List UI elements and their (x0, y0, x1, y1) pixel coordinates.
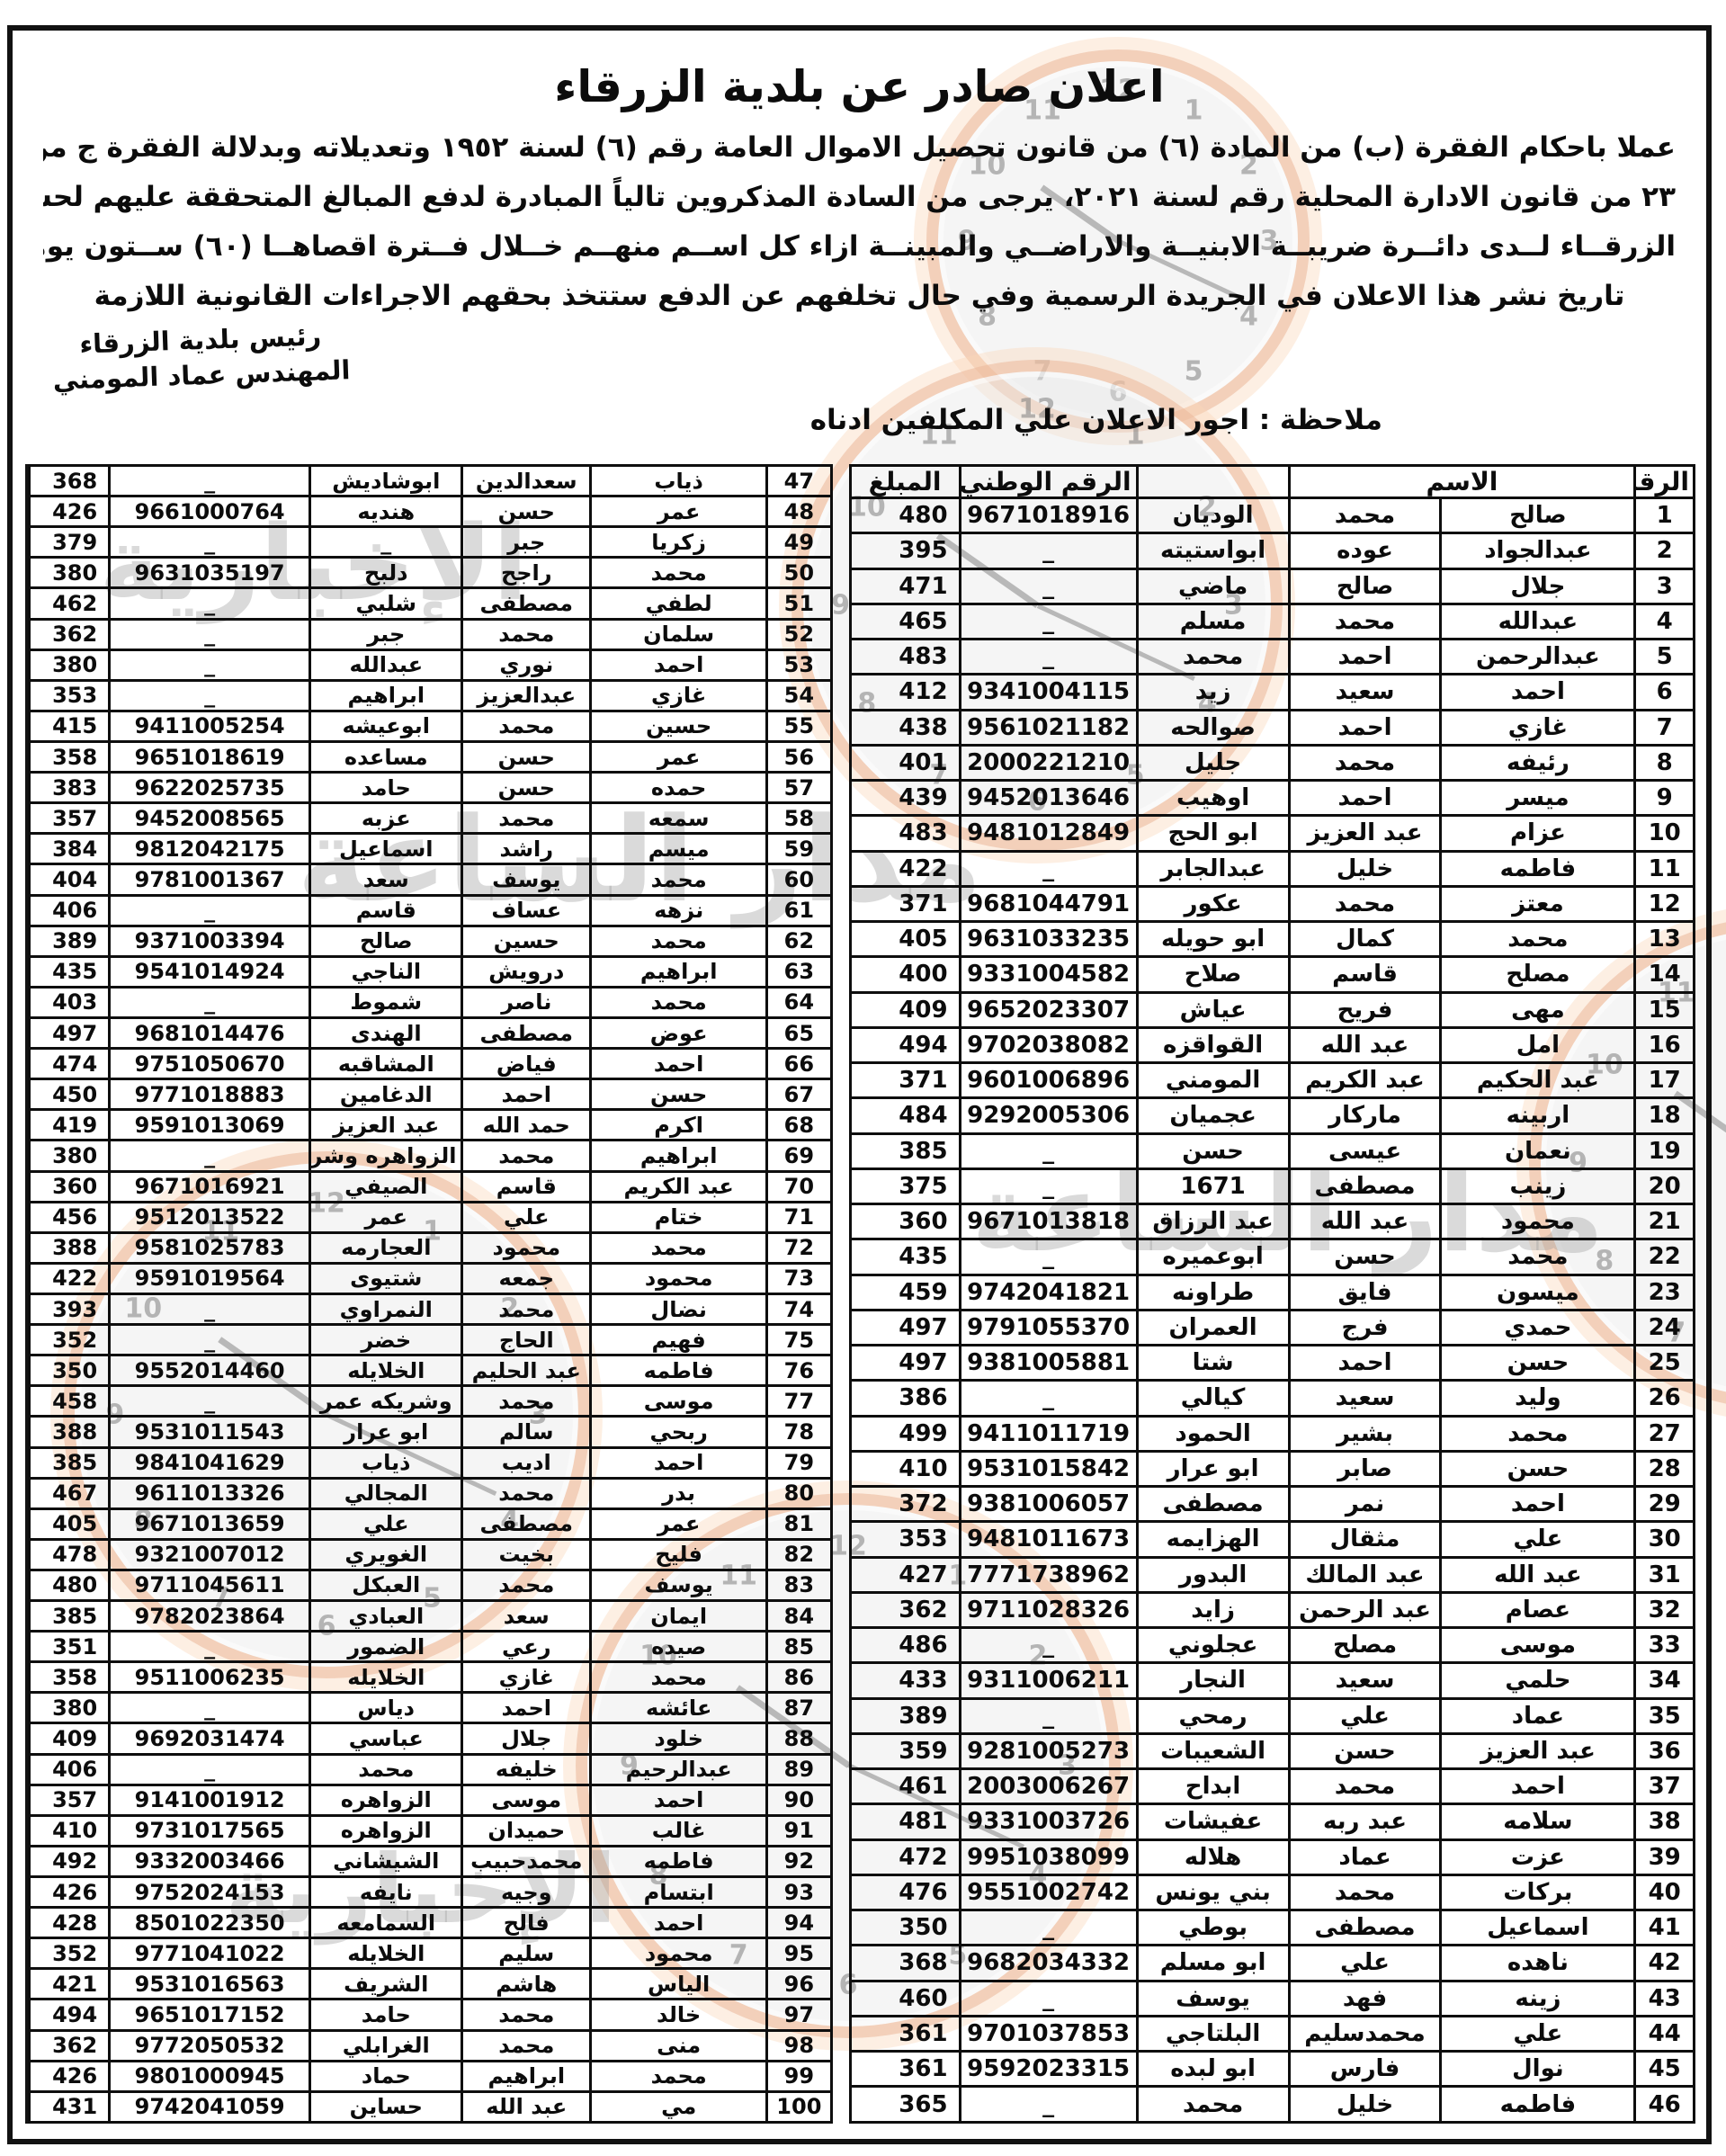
national-id-cell: _ (960, 604, 1137, 639)
amount-cell: 427 (850, 1557, 960, 1592)
family-name-cell: دلبح (310, 558, 462, 588)
amount-cell: 405 (30, 1508, 110, 1539)
left-table-wrap: 47ذيابسعدالدينابوشاديش_36848عمرحسنهنديه9… (25, 464, 833, 2124)
row-number-cell: 16 (1635, 1027, 1695, 1062)
father-name-cell: الحاج (462, 1325, 591, 1355)
family-name-cell: المشاقبه (310, 1049, 462, 1079)
father-name-cell: احمد (1289, 710, 1441, 745)
table-row: 34حلميسعيدالنجار9311006211433 (850, 1663, 1694, 1698)
table-row: 31عبد اللهعبد المالكالبدور7771738962427 (850, 1557, 1694, 1592)
national-id-cell: 9782023864 (110, 1601, 310, 1632)
row-number-cell: 52 (767, 619, 831, 649)
father-name-cell: علي (1289, 1698, 1441, 1733)
father-name-cell: علي (462, 1202, 591, 1232)
national-id-cell: 9711045611 (110, 1570, 310, 1600)
father-name-cell: مصطفى (462, 588, 591, 619)
amount-cell: 359 (850, 1733, 960, 1768)
table-row: 28حسنصابرابو عرار9531015842410 (850, 1451, 1694, 1486)
first-name-cell: حسن (1441, 1346, 1635, 1381)
amount-cell: 483 (850, 640, 960, 675)
first-name-cell: محمود (1441, 1204, 1635, 1239)
family-name-cell: ابو عرار (310, 1417, 462, 1447)
table-row: 35عمادعليرمحي_389 (850, 1698, 1694, 1733)
row-number-cell: 97 (767, 1999, 831, 2030)
father-name-cell: محمد (1289, 1769, 1441, 1804)
father-name-cell: عبد الكريم (1289, 1063, 1441, 1098)
first-name-cell: اسماعيل (1441, 1910, 1635, 1946)
family-name-cell: العبكل (310, 1570, 462, 1600)
row-number-cell: 29 (1635, 1487, 1695, 1522)
row-number-cell: 14 (1635, 957, 1695, 992)
table-row: 93ابتساموجيهنايفه9752024153426 (30, 1877, 832, 1908)
table-row: 86محمدغازيالخلايله9511006235358 (30, 1662, 832, 1693)
first-name-cell: ربحي (591, 1417, 767, 1447)
amount-cell: 476 (850, 1874, 960, 1910)
table-row: 6احمدسعيدزيد9341004115412 (850, 675, 1694, 710)
father-name-cell: عساف (462, 895, 591, 926)
family-name-cell: _ (310, 527, 462, 558)
amount-cell: 456 (30, 1202, 110, 1232)
amount-cell: 361 (850, 2052, 960, 2087)
first-name-cell: ختام (591, 1202, 767, 1232)
first-name-cell: صالح (1441, 498, 1635, 533)
father-name-cell: عبد الله (462, 2091, 591, 2122)
amount-cell: 439 (850, 781, 960, 816)
father-name-cell: سليم (462, 1938, 591, 1969)
family-name-cell: المومني (1137, 1063, 1289, 1098)
table-row: 17عبد الحكيمعبد الكريمالمومني96010068963… (850, 1063, 1694, 1098)
national-id-cell: 9481011673 (960, 1522, 1137, 1557)
table-row: 12معتزمحمدعكور9681044791371 (850, 886, 1694, 921)
table-row: 61نزههعسافقاسم_406 (30, 895, 832, 926)
amount-cell: 481 (850, 1804, 960, 1839)
row-number-cell: 66 (767, 1049, 831, 1079)
national-id-cell: _ (110, 466, 310, 497)
first-name-cell: عبدالله (1441, 604, 1635, 639)
table-row: 15مهىفريحعياش9652023307409 (850, 992, 1694, 1027)
father-name-cell: فالح (462, 1908, 591, 1938)
row-number-cell: 88 (767, 1723, 831, 1754)
father-name-cell: عبد المالك (1289, 1557, 1441, 1592)
first-name-cell: عبد الكريم (591, 1171, 767, 1202)
first-name-cell: محمد (591, 1232, 767, 1263)
family-name-cell: هنديه (310, 497, 462, 527)
father-name-cell: عبد الله (1289, 1204, 1441, 1239)
first-name-cell: سمعه (591, 803, 767, 834)
national-id-header: الرقم الوطني (960, 466, 1137, 498)
national-id-cell: _ (110, 588, 310, 619)
row-number-cell: 2 (1635, 533, 1695, 568)
father-name-cell: قاسم (1289, 957, 1441, 992)
table-row: 81عمرمصطفىعلي9671013659405 (30, 1508, 832, 1539)
father-name-cell: محمد (1289, 1874, 1441, 1910)
national-id-cell: 9551002742 (960, 1874, 1137, 1910)
father-name-cell: ناصر (462, 987, 591, 1017)
father-name-cell: محمود (462, 1232, 591, 1263)
family-name-cell: مصطفى (1137, 1487, 1289, 1522)
amount-cell: 383 (30, 773, 110, 803)
father-name-cell: محمد (462, 803, 591, 834)
first-name-cell: خالد (591, 1999, 767, 2030)
father-name-cell: عبد الحليم (462, 1355, 591, 1386)
amount-cell: 492 (30, 1846, 110, 1876)
row-number-cell: 32 (1635, 1592, 1695, 1627)
row-number-cell: 9 (1635, 781, 1695, 816)
national-id-cell: 9611013326 (110, 1478, 310, 1508)
national-id-cell: 9671013659 (110, 1508, 310, 1539)
first-name-cell: رئيفه (1441, 745, 1635, 780)
right-table: الرقم الاسم الرقم الوطني المبلغ 1صالحمحم… (849, 464, 1695, 2124)
national-id-cell: 9331003726 (960, 1804, 1137, 1839)
row-number-cell: 27 (1635, 1416, 1695, 1451)
row-number-cell: 74 (767, 1293, 831, 1324)
table-row: 89عبدالرحيمخليفهمحمد_406 (30, 1754, 832, 1785)
row-number-cell: 51 (767, 588, 831, 619)
father-name-cell: فرج (1289, 1310, 1441, 1345)
family-name-cell: الدغامين (310, 1079, 462, 1110)
family-name-cell: النمراوي (310, 1293, 462, 1324)
table-row: 38سلامهعبد ربهعفيشات9331003726481 (850, 1804, 1694, 1839)
national-id-cell: 2003006267 (960, 1769, 1137, 1804)
national-id-cell: 9661000764 (110, 497, 310, 527)
table-row: 75فهيمالحاجخضر_352 (30, 1325, 832, 1355)
father-name-cell: خليل (1289, 2087, 1441, 2123)
national-id-cell: 9531015842 (960, 1451, 1137, 1486)
amount-cell: 459 (850, 1275, 960, 1310)
table-row: 46فاطمهخليلمحمد_365 (850, 2087, 1694, 2123)
first-name-cell: عوض (591, 1017, 767, 1048)
amount-cell: 478 (30, 1539, 110, 1570)
family-name-cell: ابوعيشه (310, 711, 462, 741)
first-name-cell: ذياب (591, 466, 767, 497)
first-name-cell: بركات (1441, 1874, 1635, 1910)
national-id-cell: _ (110, 895, 310, 926)
amount-cell: 389 (30, 926, 110, 956)
national-id-cell: 9381005881 (960, 1346, 1137, 1381)
national-id-cell: 9752024153 (110, 1877, 310, 1908)
family-name-cell: الخلايله (310, 1938, 462, 1969)
family-name-cell: صلاح (1137, 957, 1289, 992)
row-number-cell: 81 (767, 1508, 831, 1539)
family-name-cell: يوسف (1137, 1981, 1289, 2016)
row-number-cell: 10 (1635, 816, 1695, 851)
first-name-cell: ميسر (1441, 781, 1635, 816)
row-number-cell: 85 (767, 1632, 831, 1662)
family-name-cell: عمر (310, 1202, 462, 1232)
row-number-cell: 75 (767, 1325, 831, 1355)
father-name-cell: غازي (462, 1662, 591, 1693)
family-name-cell: حامد (310, 1999, 462, 2030)
amount-cell: 380 (30, 649, 110, 680)
national-id-cell: 9581025783 (110, 1232, 310, 1263)
family-name-cell: رمحي (1137, 1698, 1289, 1733)
first-name-cell: ميسون (1441, 1275, 1635, 1310)
amount-cell: 415 (30, 711, 110, 741)
amount-cell: 360 (30, 1171, 110, 1202)
row-number-cell: 76 (767, 1355, 831, 1386)
row-number-cell: 90 (767, 1785, 831, 1815)
father-name-cell: قاسم (462, 1171, 591, 1202)
father-name-cell: وجيه (462, 1877, 591, 1908)
table-row: 45نوالفارسابو لبده9592023315361 (850, 2052, 1694, 2087)
family-name-cell: زيد (1137, 675, 1289, 710)
father-name-cell: احمد (1289, 781, 1441, 816)
national-id-cell: 9601006896 (960, 1063, 1137, 1098)
amount-cell: 419 (30, 1110, 110, 1141)
row-number-cell: 36 (1635, 1733, 1695, 1768)
table-row: 71ختامعليعمر9512013522456 (30, 1202, 832, 1232)
first-name-cell: زينب (1441, 1168, 1635, 1203)
national-id-cell: 9631035197 (110, 558, 310, 588)
signature-block: رئيس بلدية الزرقاء المهندس عماد المومني (51, 318, 351, 398)
table-row: 66احمدفياضالمشاقبه9751050670474 (30, 1049, 832, 1079)
national-id-cell: _ (110, 649, 310, 680)
row-number-cell: 84 (767, 1601, 831, 1632)
first-name-cell: احمد (591, 1785, 767, 1815)
national-id-cell: _ (960, 851, 1137, 886)
family-name-cell: سعد (310, 864, 462, 895)
first-name-cell: محمد (591, 558, 767, 588)
row-number-cell: 96 (767, 1969, 831, 1999)
first-name-cell: عبدالجواد (1441, 533, 1635, 568)
row-number-cell: 12 (1635, 886, 1695, 921)
father-name-cell: حسن (462, 773, 591, 803)
amount-cell: 422 (30, 1263, 110, 1293)
table-row: 79احمداديبذياب9841041629385 (30, 1447, 832, 1478)
father-name-cell: نوري (462, 649, 591, 680)
national-id-cell: 9651018619 (110, 741, 310, 772)
first-name-cell: محمود (591, 1263, 767, 1293)
amount-cell: 400 (850, 957, 960, 992)
row-number-cell: 41 (1635, 1910, 1695, 1946)
family-name-cell: الشيشاني (310, 1846, 462, 1876)
family-name-cell: الصيفي (310, 1171, 462, 1202)
row-number-cell: 65 (767, 1017, 831, 1048)
row-number-cell: 35 (1635, 1698, 1695, 1733)
first-name-cell: ابراهيم (591, 1141, 767, 1171)
amount-cell: 486 (850, 1628, 960, 1663)
national-id-cell: _ (110, 1693, 310, 1723)
table-row: 22محمدحسنابوعميره_435 (850, 1239, 1694, 1275)
national-id-cell: 9411005254 (110, 711, 310, 741)
family-name-cell: الزواهره (310, 1815, 462, 1846)
family-name-cell: عبد الرزاق (1137, 1204, 1289, 1239)
header-row: الرقم الاسم الرقم الوطني المبلغ (850, 466, 1694, 498)
table-row: 73محمودجمعهشتيوى9591019564422 (30, 1263, 832, 1293)
first-name-cell: عبد الله (1441, 1557, 1635, 1592)
row-number-cell: 77 (767, 1386, 831, 1417)
father-name-cell: حسن (1289, 1239, 1441, 1275)
family-name-cell: كيالي (1137, 1381, 1289, 1416)
row-number-cell: 55 (767, 711, 831, 741)
father-name-cell: هاشم (462, 1969, 591, 1999)
national-id-cell: 9411011719 (960, 1416, 1137, 1451)
national-id-cell: _ (110, 1754, 310, 1785)
amount-cell: 350 (850, 1910, 960, 1946)
national-id-cell: _ (110, 680, 310, 711)
first-name-cell: عمر (591, 741, 767, 772)
table-row: 76فاطمهعبد الحليمالخلايله9552014460350 (30, 1355, 832, 1386)
family-name-cell: وشريكه عمر (310, 1386, 462, 1417)
national-id-cell: 9552014460 (110, 1355, 310, 1386)
father-name-cell: بخيت (462, 1539, 591, 1570)
row-number-cell: 70 (767, 1171, 831, 1202)
first-name-cell: احمد (591, 649, 767, 680)
family-name-cell: جبر (310, 619, 462, 649)
father-name-cell: مصطفى (1289, 1168, 1441, 1203)
national-id-cell: 9701037853 (960, 2016, 1137, 2051)
father-name-cell: فهد (1289, 1981, 1441, 2016)
table-row: 39عزتعمادهلاله9951038099472 (850, 1839, 1694, 1874)
announcement-line: عملا باحكام الفقرة (ب) من المادة (٦) من … (43, 123, 1676, 173)
table-row: 90احمدموسىالزواهره9141001912357 (30, 1785, 832, 1815)
table-row: 94احمدفالحالسمامعه8501022350428 (30, 1908, 832, 1938)
family-name-cell: نايفه (310, 1877, 462, 1908)
row-number-cell: 58 (767, 803, 831, 834)
first-name-cell: الياس (591, 1969, 767, 1999)
table-row: 36عبد العزيزحسنالشعيبات9281005273359 (850, 1733, 1694, 1768)
row-number-cell: 1 (1635, 498, 1695, 533)
family-name-cell: خضر (310, 1325, 462, 1355)
table-row: 18اربينهماركارعجميان9292005306484 (850, 1098, 1694, 1133)
first-name-cell: عزت (1441, 1839, 1635, 1874)
amount-cell: 368 (850, 1946, 960, 1981)
row-number-cell: 37 (1635, 1769, 1695, 1804)
father-name-cell: احمد (462, 1693, 591, 1723)
first-name-cell: وليد (1441, 1381, 1635, 1416)
row-number-cell: 46 (1635, 2087, 1695, 2123)
table-row: 98منىمحمدالغرابلي9772050532362 (30, 2030, 832, 2061)
national-id-cell: _ (960, 1981, 1137, 2016)
row-number-cell: 5 (1635, 640, 1695, 675)
family-name-cell: العبادي (310, 1601, 462, 1632)
national-id-cell: 9311006211 (960, 1663, 1137, 1698)
first-name-cell: حسن (1441, 1451, 1635, 1486)
family-name-cell: بني يونس (1137, 1874, 1289, 1910)
family-name-cell: ابواستيته (1137, 533, 1289, 568)
table-row: 3جلالصالحماضي_471 (850, 568, 1694, 604)
amount-cell: 368 (30, 466, 110, 497)
announcement-line: الزرقــاء لــدى دائــرة ضريبــة الابنيــ… (43, 222, 1676, 272)
amount-cell: 353 (30, 680, 110, 711)
first-name-cell: محمود (591, 1938, 767, 1969)
row-number-cell: 71 (767, 1202, 831, 1232)
first-name-cell: فاطمه (1441, 851, 1635, 886)
father-name-cell: حسين (462, 926, 591, 956)
family-name-cell: شموط (310, 987, 462, 1017)
father-name-cell: نمر (1289, 1487, 1441, 1522)
amount-cell: 362 (30, 619, 110, 649)
family-name-header-empty (1137, 466, 1289, 498)
amount-cell: 406 (30, 1754, 110, 1785)
family-name-cell: عبدالجابر (1137, 851, 1289, 886)
row-number-cell: 30 (1635, 1522, 1695, 1557)
first-name-cell: بدر (591, 1478, 767, 1508)
first-name-cell: ميسم (591, 834, 767, 864)
father-name-cell: محمد (462, 1293, 591, 1324)
first-name-cell: ايمان (591, 1601, 767, 1632)
father-name-cell: خليل (1289, 851, 1441, 886)
family-name-cell: العمران (1137, 1310, 1289, 1345)
first-name-cell: منى (591, 2030, 767, 2061)
amount-cell: 438 (850, 710, 960, 745)
national-id-cell: 9791055370 (960, 1310, 1137, 1345)
family-name-cell: عجميان (1137, 1098, 1289, 1133)
table-row: 13محمدكمالابو حويله9631033235405 (850, 922, 1694, 957)
family-name-cell: ابو لبده (1137, 2052, 1289, 2087)
national-id-cell: 9591019564 (110, 1263, 310, 1293)
father-name-cell: اديب (462, 1447, 591, 1478)
family-name-cell: ابو مسلم (1137, 1946, 1289, 1981)
family-name-cell: عفيشات (1137, 1804, 1289, 1839)
left-table: 47ذيابسعدالدينابوشاديش_36848عمرحسنهنديه9… (28, 464, 833, 2124)
first-name-cell: نزهه (591, 895, 767, 926)
first-name-cell: عمر (591, 497, 767, 527)
row-number-cell: 42 (1635, 1946, 1695, 1981)
father-name-cell: محمد (462, 619, 591, 649)
row-number-cell: 24 (1635, 1310, 1695, 1345)
first-name-cell: عمر (591, 1508, 767, 1539)
national-id-cell: 9772050532 (110, 2030, 310, 2061)
table-row: 99محمدابراهيمحماد9801000945426 (30, 2061, 832, 2091)
table-row: 20زينبمصطفى1671_375 (850, 1168, 1694, 1203)
father-name-cell: محمد (462, 1478, 591, 1508)
family-name-cell: محمد (1137, 640, 1289, 675)
row-number-cell: 50 (767, 558, 831, 588)
amount-cell: 465 (850, 604, 960, 639)
amount-cell: 431 (30, 2091, 110, 2122)
table-row: 19نعمانعيسىحسن_385 (850, 1133, 1694, 1168)
family-name-cell: الخلايله (310, 1355, 462, 1386)
row-number-cell: 82 (767, 1539, 831, 1570)
table-row: 82فليحبخيتالغويري9321007012478 (30, 1539, 832, 1570)
family-name-cell: حسن (1137, 1133, 1289, 1168)
table-row: 62محمدحسينصالح9371003394389 (30, 926, 832, 956)
first-name-cell: فاطمه (591, 1355, 767, 1386)
announcement-paragraph: عملا باحكام الفقرة (ب) من المادة (٦) من … (43, 123, 1676, 321)
row-number-cell: 47 (767, 466, 831, 497)
row-number-cell: 57 (767, 773, 831, 803)
father-name-cell: حسن (462, 497, 591, 527)
national-id-cell: 9702038082 (960, 1027, 1137, 1062)
table-row: 67حسناحمدالدغامين9771018883450 (30, 1079, 832, 1110)
family-name-cell: محمد (310, 1754, 462, 1785)
table-row: 58سمعهمحمدعزبه9452008565357 (30, 803, 832, 834)
national-id-cell: 9622025735 (110, 773, 310, 803)
table-row: 72محمدمحمودالعجارمه9581025783388 (30, 1232, 832, 1263)
amount-cell: 462 (30, 588, 110, 619)
first-name-cell: عبدالرحمن (1441, 640, 1635, 675)
national-id-cell: 2000221210 (960, 745, 1137, 780)
father-name-cell: محمد (462, 1570, 591, 1600)
left-table-body: 47ذيابسعدالدينابوشاديش_36848عمرحسنهنديه9… (30, 466, 832, 2123)
national-id-cell: _ (960, 1910, 1137, 1946)
father-name-cell: محمد (1289, 604, 1441, 639)
table-row: 97خالدمحمدحامد9651017152494 (30, 1999, 832, 2030)
family-name-cell: العجارمه (310, 1232, 462, 1263)
first-name-cell: فهيم (591, 1325, 767, 1355)
table-row: 77موسىمحمدوشريكه عمر_458 (30, 1386, 832, 1417)
amount-cell: 404 (30, 864, 110, 895)
family-name-cell: القواقزه (1137, 1027, 1289, 1062)
first-name-cell: ابتسام (591, 1877, 767, 1908)
father-name-cell: سعيد (1289, 1663, 1441, 1698)
first-name-cell: خلود (591, 1723, 767, 1754)
amount-cell: 371 (850, 1063, 960, 1098)
first-name-cell: محمد (1441, 1416, 1635, 1451)
table-row: 70عبد الكريمقاسمالصيفي9671016921360 (30, 1171, 832, 1202)
national-id-cell: 9631033235 (960, 922, 1137, 957)
